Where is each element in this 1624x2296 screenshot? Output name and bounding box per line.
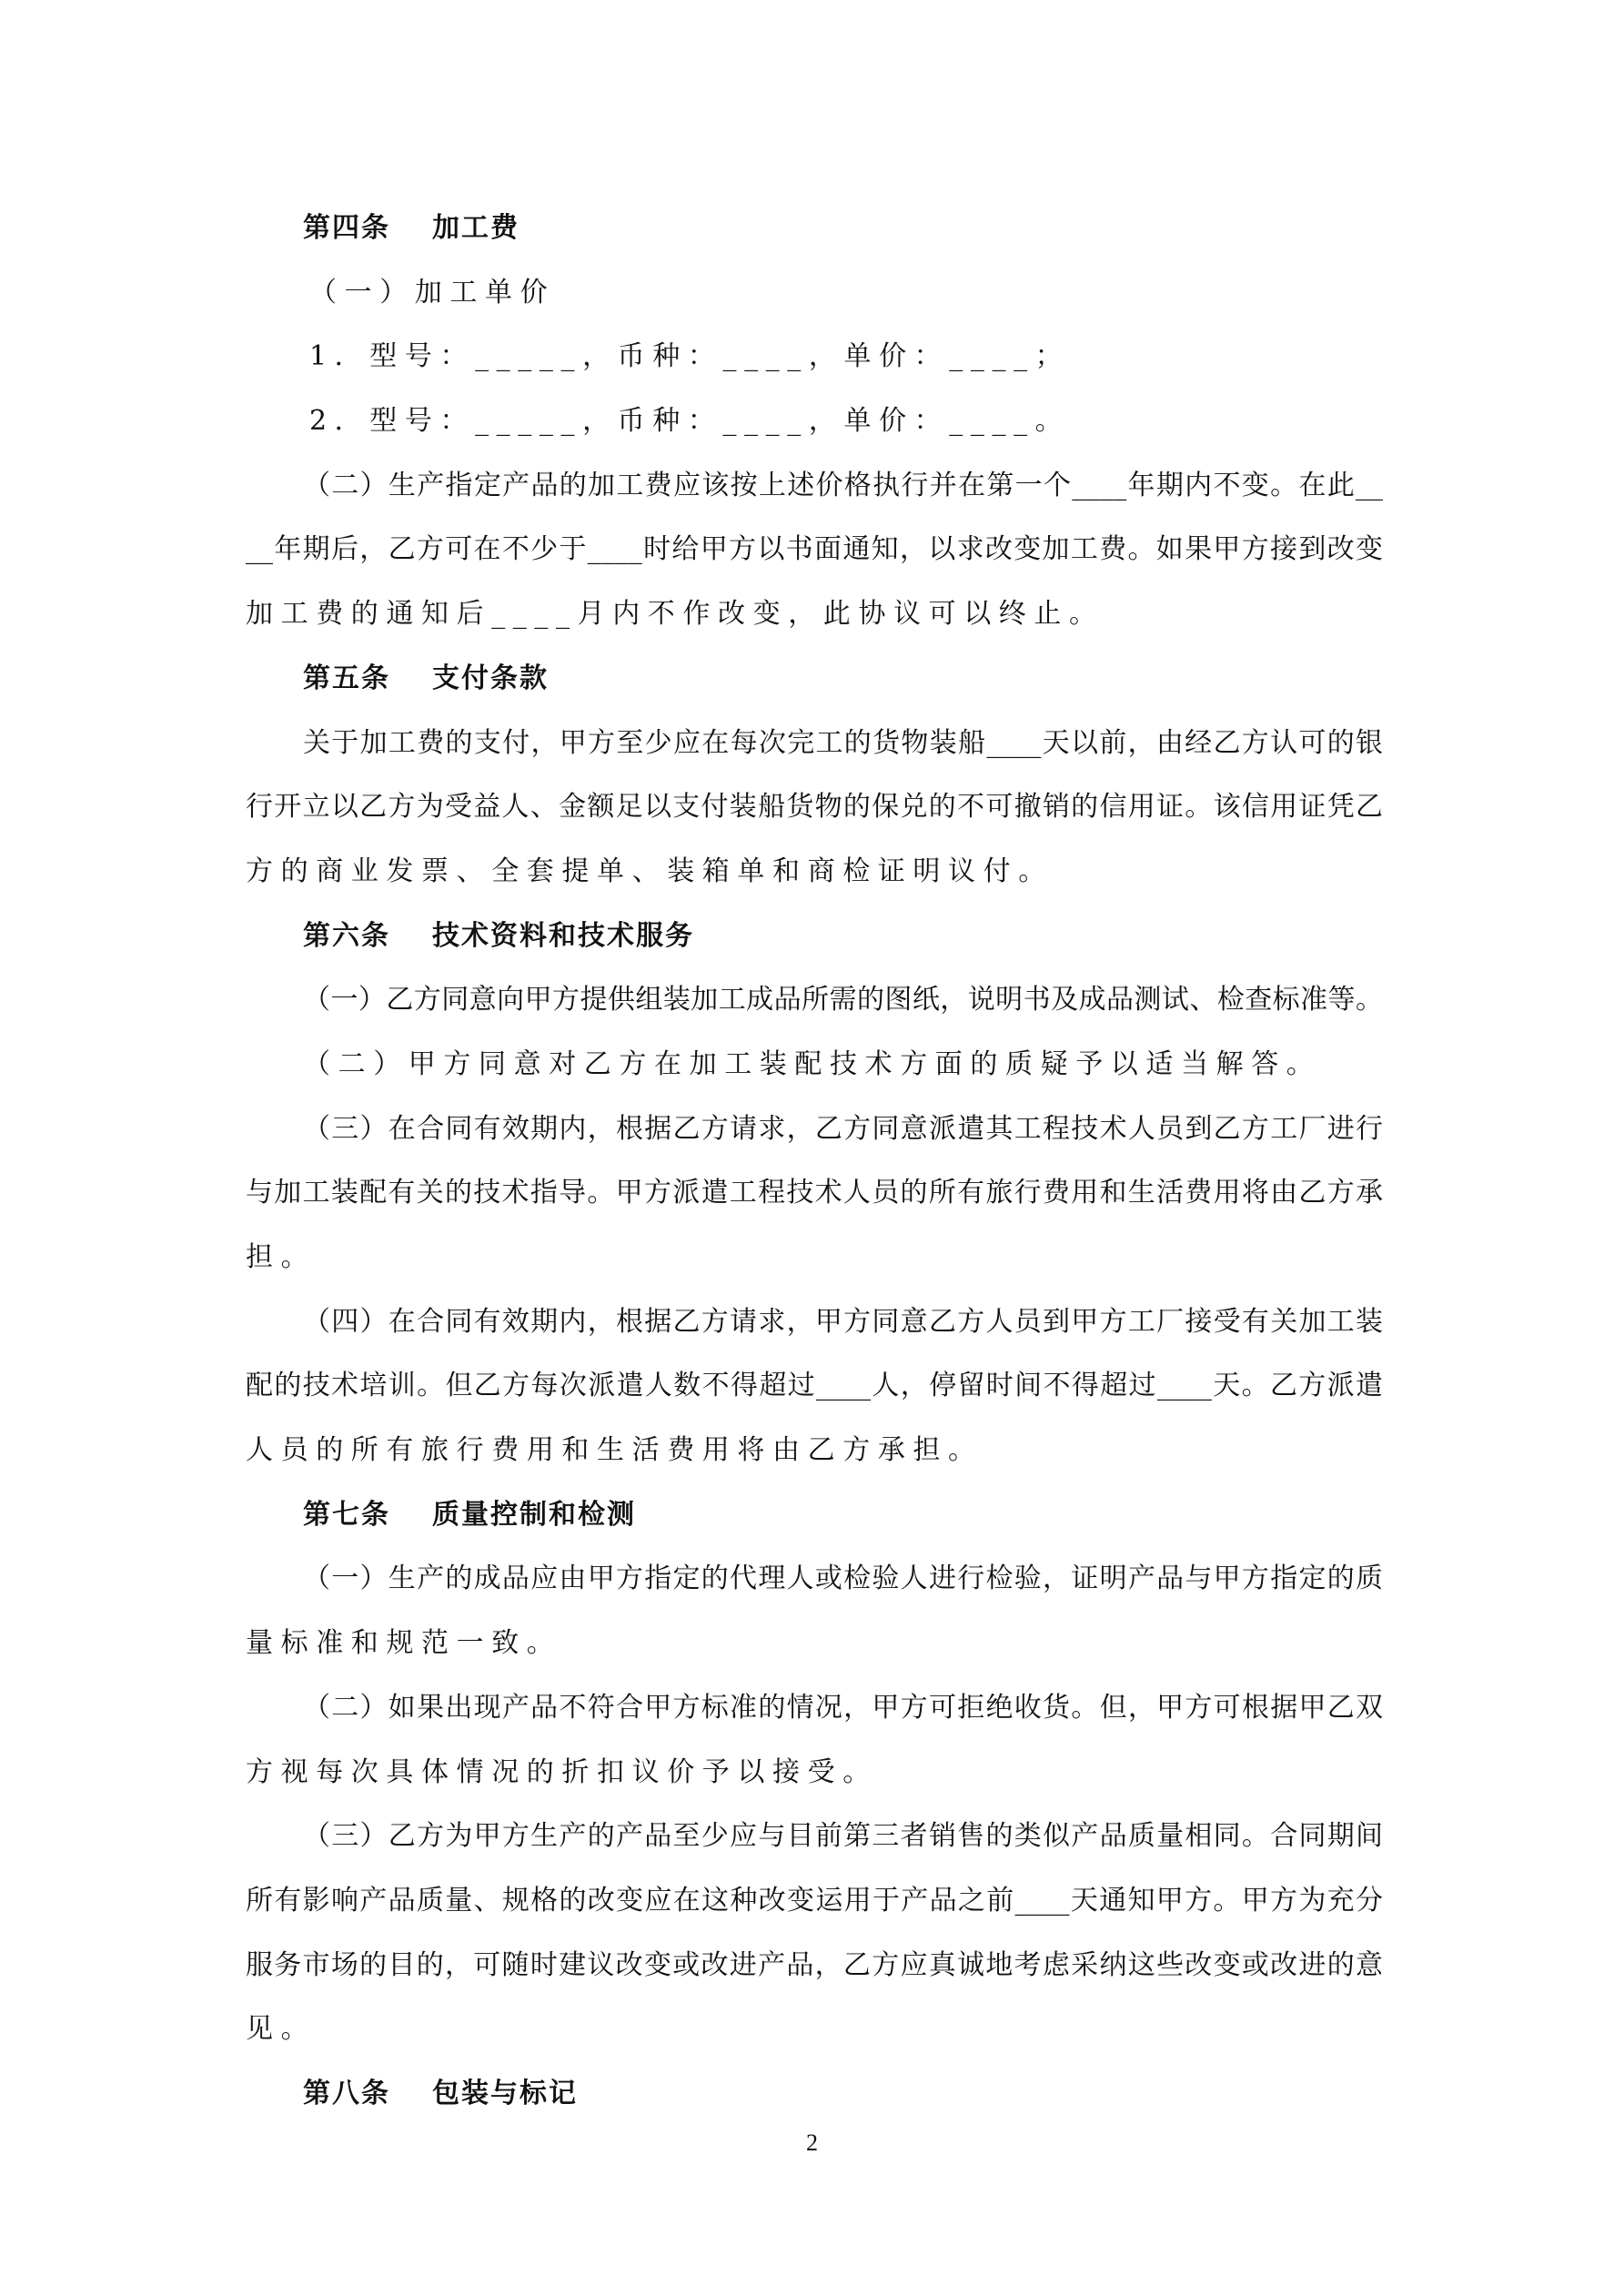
paragraph-line: 2．型号：_____，币种：____，单价：____。 — [246, 399, 1383, 463]
paragraph-line: 方的商业发票、全套提单、装箱单和商检证明议付。 — [246, 849, 1383, 914]
article-title: 支付条款 — [432, 663, 549, 694]
document-page: 第四条加工费 （一）加工单价 1．型号：_____，币种：____，单价：___… — [0, 0, 1624, 2296]
paragraph-line: （一）生产的成品应由甲方指定的代理人或检验人进行检验，证明产品与甲方指定的质 — [246, 1556, 1383, 1621]
article-number: 第七条 — [303, 1499, 390, 1531]
paragraph-line: 配的技术培训。但乙方每次派遣人数不得超过____人，停留时间不得超过____天。… — [246, 1363, 1383, 1428]
paragraph-line: （四）在合同有效期内，根据乙方请求，甲方同意乙方人员到甲方工厂接受有关加工装 — [246, 1300, 1383, 1364]
paragraph-line: （一）乙方同意向甲方提供组装加工成品所需的图纸，说明书及成品测试、检查标准等。 — [246, 977, 1383, 1042]
paragraph-line: （二）甲方同意对乙方在加工装配技术方面的质疑予以适当解答。 — [246, 1042, 1383, 1107]
paragraph-line: 与加工装配有关的技术指导。甲方派遣工程技术人员的所有旅行费用和生活费用将由乙方承 — [246, 1170, 1383, 1235]
paragraph-line: （三）乙方为甲方生产的产品至少应与目前第三者销售的类似产品质量相同。合同期间 — [246, 1814, 1383, 1878]
section-heading-article-5: 第五条支付条款 — [246, 656, 1383, 721]
paragraph-line: 行开立以乙方为受益人、金额足以支付装船货物的保兑的不可撤销的信用证。该信用证凭乙 — [246, 784, 1383, 849]
paragraph-line: 担。 — [246, 1235, 1383, 1300]
paragraph-line: 1．型号：_____，币种：____，单价：____； — [246, 334, 1383, 399]
article-title: 包装与标记 — [432, 2078, 578, 2109]
paragraph-line: 所有影响产品质量、规格的改变应在这种改变运用于产品之前____天通知甲方。甲方为… — [246, 1878, 1383, 1943]
paragraph-line: __年期后，乙方可在不少于____时给甲方以书面通知，以求改变加工费。如果甲方接… — [246, 527, 1383, 592]
document-body: 第四条加工费 （一）加工单价 1．型号：_____，币种：____，单价：___… — [246, 206, 1383, 2136]
paragraph-line: 加工费的通知后____月内不作改变，此协议可以终止。 — [246, 592, 1383, 656]
paragraph-line: 方视每次具体情况的折扣议价予以接受。 — [246, 1750, 1383, 1815]
article-number: 第八条 — [303, 2078, 390, 2109]
page-number: 2 — [0, 2120, 1624, 2166]
paragraph-line: （二）生产指定产品的加工费应该按上述价格执行并在第一个____年期内不变。在此_… — [246, 463, 1383, 528]
section-heading-article-7: 第七条质量控制和检测 — [246, 1492, 1383, 1557]
article-number: 第四条 — [303, 212, 390, 244]
paragraph-line: 量标准和规范一致。 — [246, 1621, 1383, 1685]
section-heading-article-6: 第六条技术资料和技术服务 — [246, 914, 1383, 978]
paragraph-line: 服务市场的目的，可随时建议改变或改进产品，乙方应真诚地考虑采纳这些改变或改进的意 — [246, 1943, 1383, 2008]
paragraph-line: （二）如果出现产品不符合甲方标准的情况，甲方可拒绝收货。但，甲方可根据甲乙双 — [246, 1685, 1383, 1750]
article-title: 质量控制和检测 — [432, 1499, 636, 1531]
paragraph-line: 人员的所有旅行费用和生活费用将由乙方承担。 — [246, 1428, 1383, 1492]
article-title: 加工费 — [432, 212, 519, 244]
paragraph-line: 关于加工费的支付，甲方至少应在每次完工的货物装船____天以前，由经乙方认可的银 — [246, 721, 1383, 785]
paragraph-line: （三）在合同有效期内，根据乙方请求，乙方同意派遣其工程技术人员到乙方工厂进行 — [246, 1107, 1383, 1171]
paragraph-line: （一）加工单价 — [246, 270, 1383, 335]
section-heading-article-4: 第四条加工费 — [246, 206, 1383, 270]
article-number: 第五条 — [303, 663, 390, 694]
paragraph-line: 见。 — [246, 2007, 1383, 2071]
article-number: 第六条 — [303, 920, 390, 952]
article-title: 技术资料和技术服务 — [432, 920, 694, 952]
